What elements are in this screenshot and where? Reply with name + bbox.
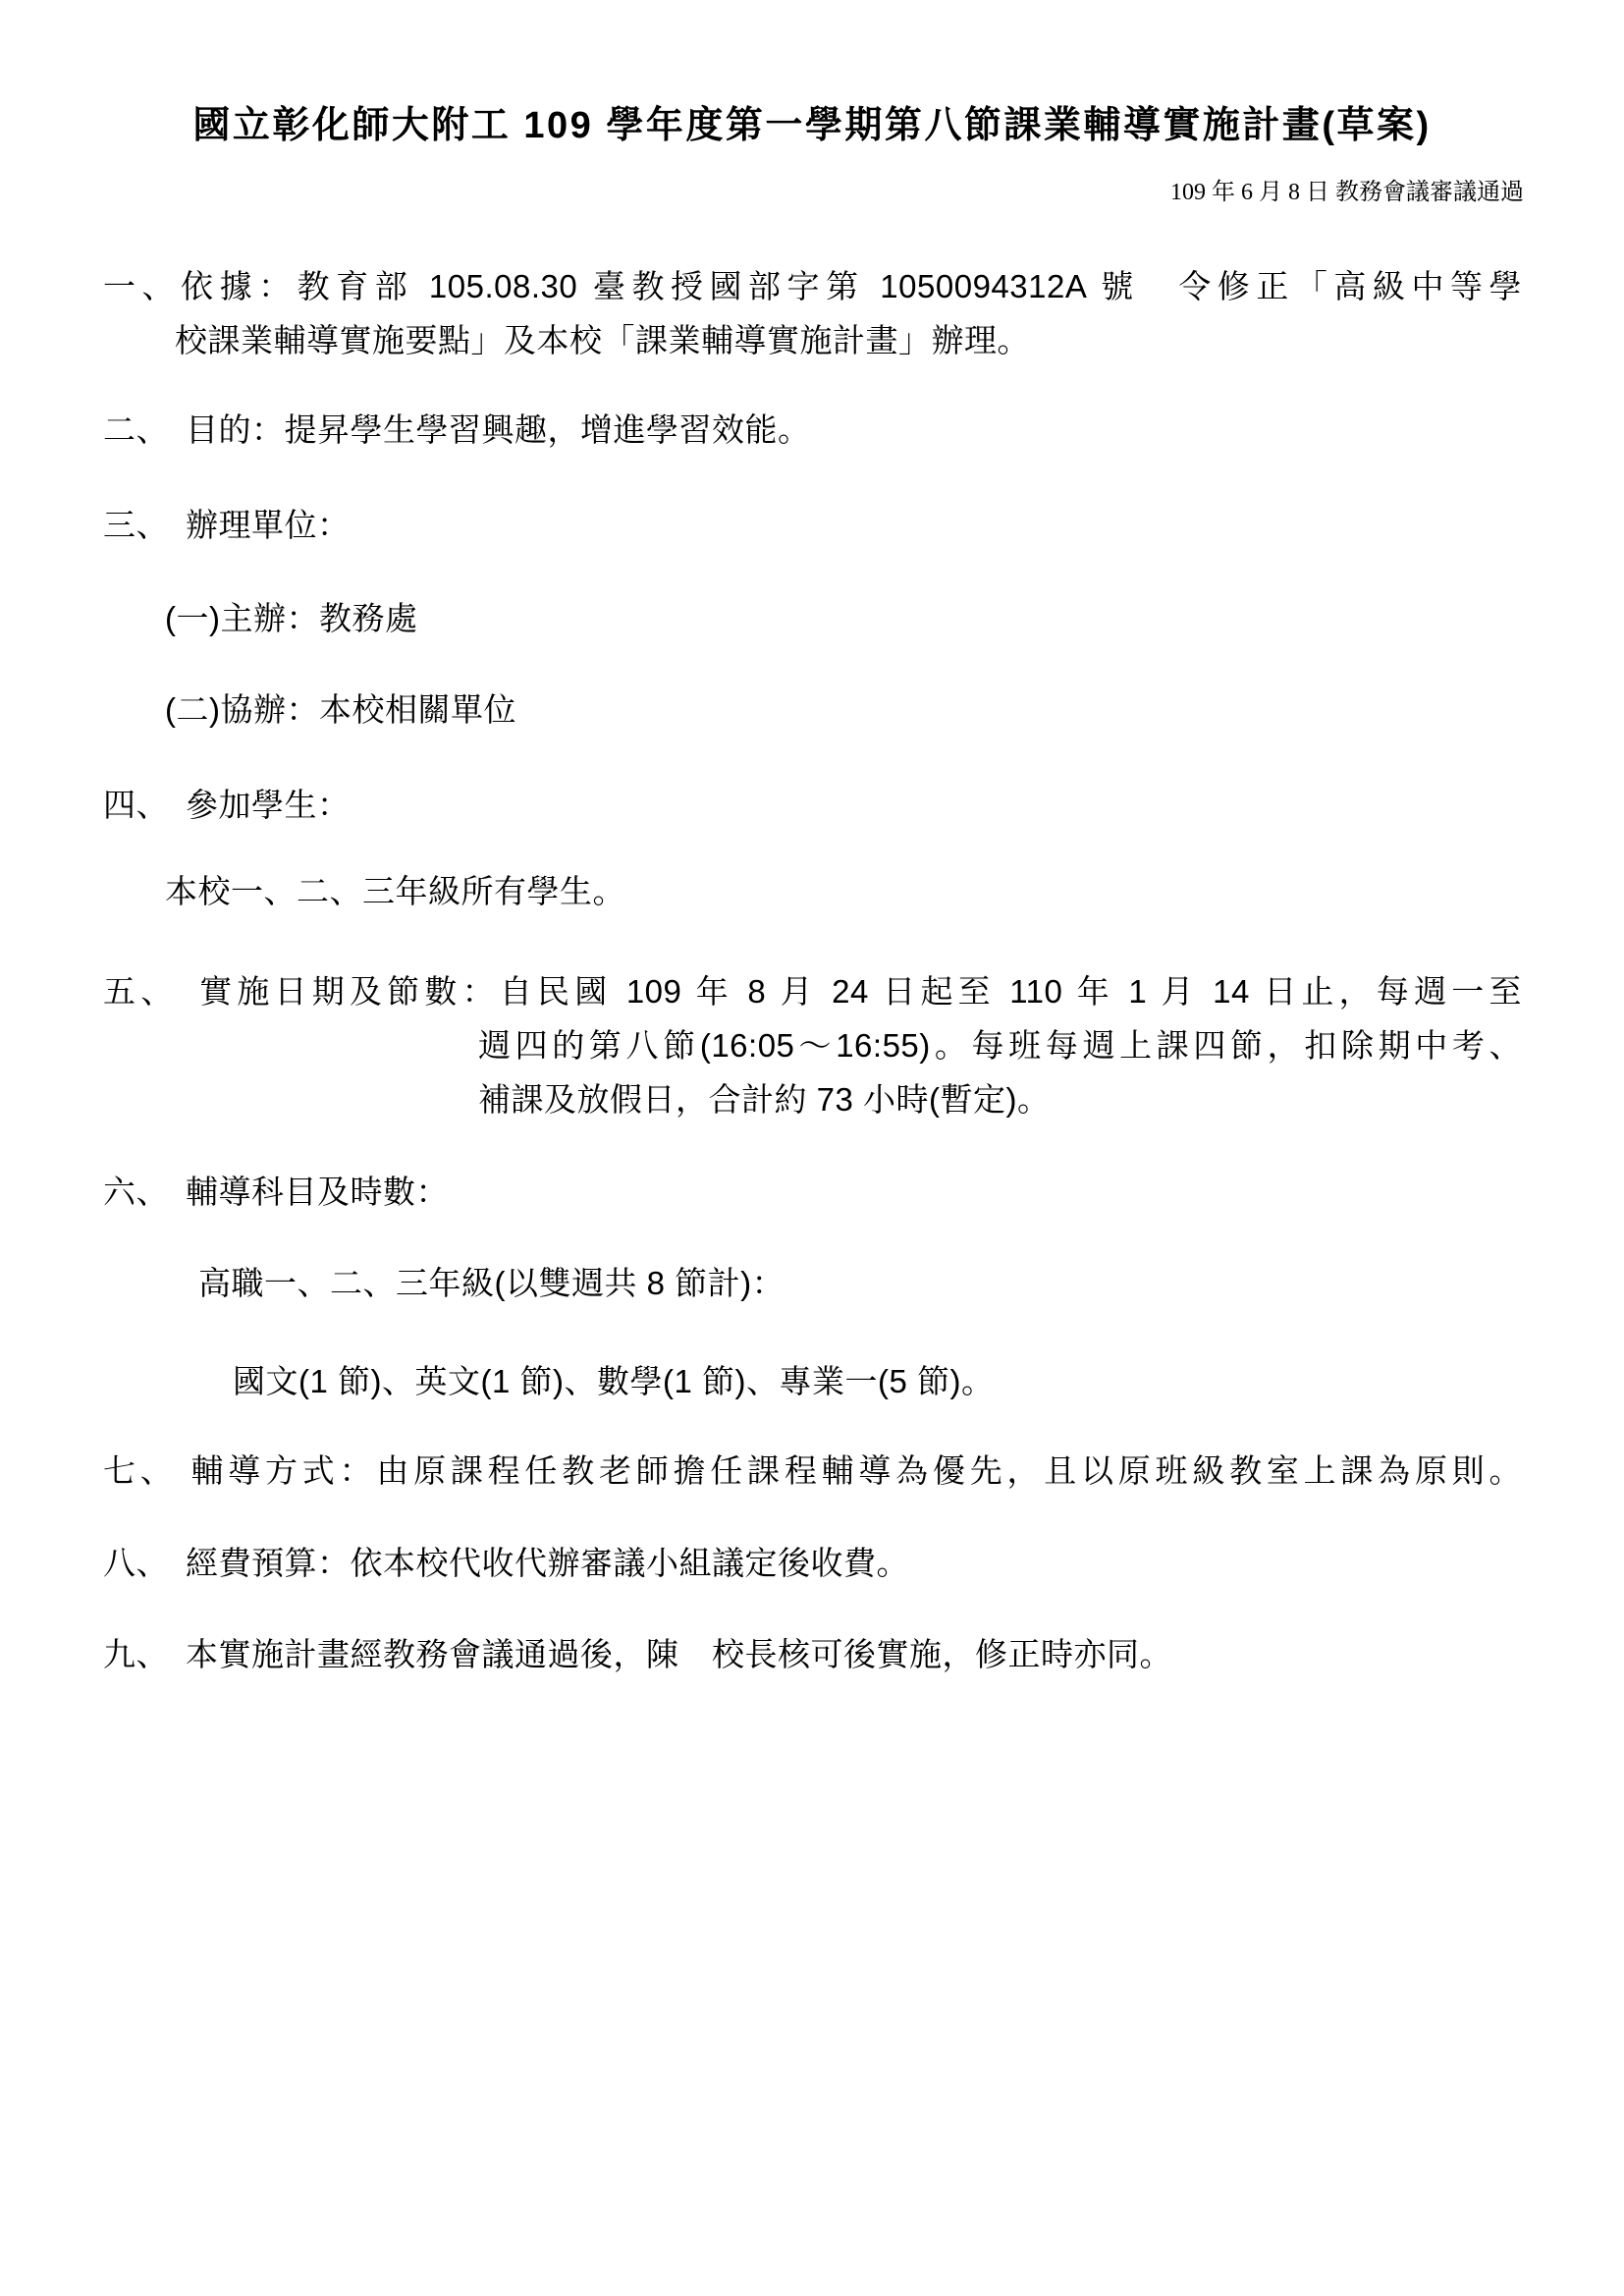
item-3-sub-1: (一)主辦：教務處 [165,598,417,638]
item-4-body: 本校一、二、三年級所有學生。 [165,871,625,911]
item-3-sub-2: (二)協辦：本校相關單位 [165,689,516,730]
item-6: 六、 輔導科目及時數： [103,1172,449,1212]
document-page: 國立彰化師大附工 109 學年度第一學期第八節課業輔導實施計畫(草案) 109 … [0,0,1624,2296]
item-1-line-1: 一、依據：教育部 105.08.30 臺教授國部字第 1050094312A 號… [103,266,1522,306]
item-9: 九、 本實施計畫經教務會議通過後，陳 校長核可後實施，修正時亦同。 [103,1634,1172,1674]
document-title-text: 國立彰化師大附工 109 學年度第一學期第八節課業輔導實施計畫(草案) [0,104,1624,149]
item-5-line-1: 五、 實施日期及節數：自民國 109 年 8 月 24 日起至 110 年 1 … [103,971,1522,1011]
item-3: 三、 辦理單位： [103,505,351,545]
item-8: 八、 經費預算：依本校代收代辦審議小組議定後收費。 [103,1543,909,1583]
item-5-line-3: 補課及放假日，合計約 73 小時(暫定)。 [478,1079,1051,1120]
item-6-body-2: 國文(1 節)、英文(1 節)、數學(1 節)、專業一(5 節)。 [233,1361,995,1401]
item-2: 二、 目的：提昇學生學習興趣，增進學習效能。 [103,410,811,450]
item-5-line-2: 週四的第八節(16:05～16:55)。每班每週上課四節，扣除期中考、 [478,1025,1522,1066]
item-7: 七、 輔導方式：由原課程任教老師擔任課程輔導為優先，且以原班級教室上課為原則。 [103,1450,1522,1491]
approval-note: 109 年 6 月 8 日 教務會議審議通過 [0,179,1524,207]
item-4: 四、 參加學生： [103,785,351,825]
item-1-line-2: 校課業輔導實施要點」及本校「課業輔導實施計畫」辦理。 [175,320,1030,360]
item-6-body-1: 高職一、二、三年級(以雙週共 8 節計)： [198,1263,785,1303]
